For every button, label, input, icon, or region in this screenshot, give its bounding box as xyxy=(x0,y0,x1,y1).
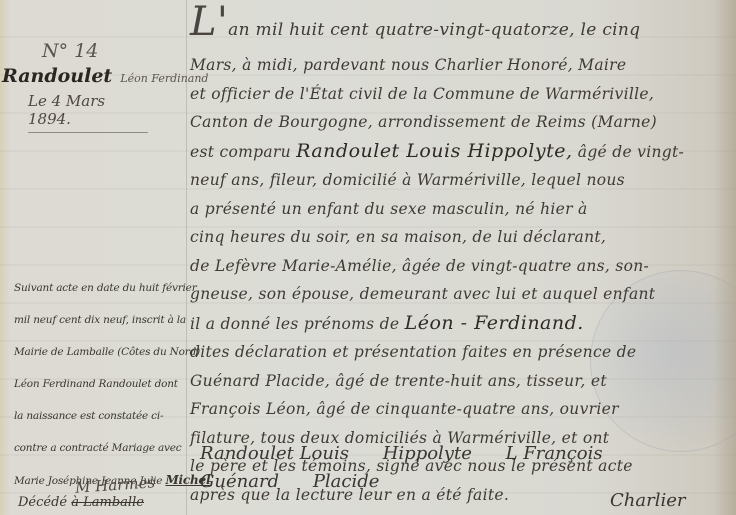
death-label: Décédé xyxy=(18,495,67,510)
signature-line-1: Randoulet Louis Hippolyte L François xyxy=(200,440,720,468)
death-place-struck: à Lamballe xyxy=(71,495,144,510)
act-body: L'an mil huit cent quatre-vingt-quatorze… xyxy=(190,2,730,509)
body-line: cinq heures du soir, en sa maison, de lu… xyxy=(190,223,730,252)
signatures: Randoulet Louis Hippolyte L François Gué… xyxy=(200,440,720,496)
child-names: Léon - Ferdinand. xyxy=(405,312,584,334)
signature-father: Randoulet Louis xyxy=(200,443,349,464)
body-line: Canton de Bourgogne, arrondissement de R… xyxy=(190,108,730,137)
annotation-line: contre a contracté Mariage avec xyxy=(14,432,194,464)
body-line-declarant: est comparu Randoulet Louis Hippolyte, â… xyxy=(190,137,730,167)
body-line: Guénard Placide, âgé de trente-huit ans,… xyxy=(190,367,730,396)
signature-witness-guenard-2: Placide xyxy=(313,471,380,492)
body-line-child-names: il a donné les prénoms de Léon - Ferdina… xyxy=(190,309,730,339)
signature-father-2: Hippolyte xyxy=(383,443,472,464)
signature-officer: Charlier xyxy=(610,490,685,511)
body-line: L'an mil huit cent quatre-vingt-quatorze… xyxy=(190,2,730,51)
annotation-line: Mairie de Lamballe (Côtes du Nord) xyxy=(14,336,194,368)
act-number: N° 14 xyxy=(42,40,98,62)
margin-name: Randoulet Léon Ferdinand xyxy=(2,65,208,87)
body-line: Mars, à midi, pardevant nous Charlier Ho… xyxy=(190,51,730,80)
body-line: a présenté un enfant du sexe masculin, n… xyxy=(190,195,730,224)
margin-surname: Randoulet xyxy=(2,65,112,87)
body-line: de Lefèvre Marie-Amélie, âgée de vingt-q… xyxy=(190,252,730,281)
dropcap: L' xyxy=(190,0,228,45)
body-line: dites déclaration et présentation faites… xyxy=(190,338,730,367)
body-line: gneuse, son épouse, demeurant avec lui e… xyxy=(190,280,730,309)
signature-witness-guenard: Guénard xyxy=(200,471,279,492)
signature-witness-francois: L François xyxy=(506,443,603,464)
death-annotation: Décédé à Lamballe xyxy=(18,495,144,510)
marriage-annotation: Suivant acte en date du huit février mil… xyxy=(14,272,194,497)
body-line: et officier de l'État civil de la Commun… xyxy=(190,80,730,109)
annotation-line: mil neuf cent dix neuf, inscrit à la xyxy=(14,304,194,336)
annotation-line: Léon Ferdinand Randoulet dont xyxy=(14,368,194,400)
annotation-line: la naissance est constatée ci- xyxy=(14,400,194,432)
declarant-name: Randoulet Louis Hippolyte, xyxy=(296,140,572,162)
annotation-line: Suivant acte en date du huit février xyxy=(14,272,194,304)
body-line: François Léon, âgé de cinquante-quatre a… xyxy=(190,395,730,424)
register-page: N° 14 Randoulet Léon Ferdinand Le 4 Mars… xyxy=(0,0,736,515)
body-line: neuf ans, fileur, domicilié à Warmérivil… xyxy=(190,166,730,195)
margin-date: Le 4 Mars 1894. xyxy=(28,92,148,133)
